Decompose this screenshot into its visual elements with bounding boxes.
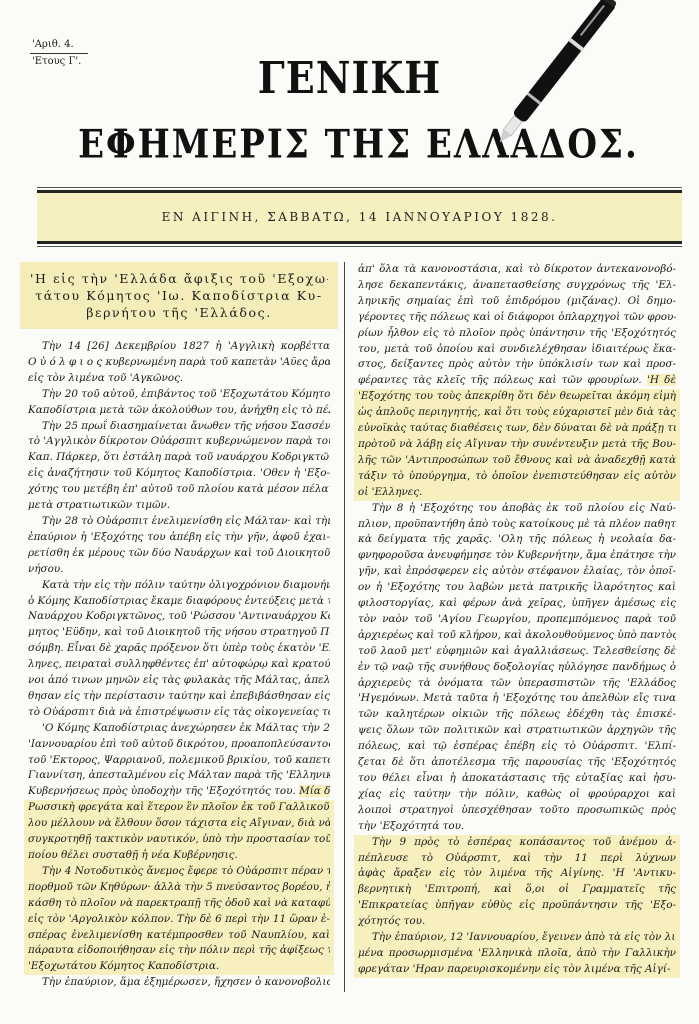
text-line: μητος 'Εϋδην, καὶ τοῦ Διοικητοῦ τῆς νήσο… (28, 625, 330, 641)
text-line: Τὴν 14 [26] Δεκεμβρίου 1827 ἡ 'Αγγλικὴ κ… (28, 339, 330, 355)
text-line: μένα προσωρμισμένα 'Ελληνικὰ πλοῖα, ἀπὸ … (358, 946, 676, 962)
text-segment: Κυβερνήσεως πρὸς ὑποδοχὴν τῆς 'Εξοχότητό… (28, 785, 296, 797)
paragraph: ἀπ' ὅλα τὰ κανονοστάσια, καὶ τὸ δίκροτον… (358, 262, 676, 389)
text-line: ὁ Κόμης Καποδίστριας ἔκαμε διαφόρους ἐντ… (28, 594, 330, 610)
text-line: νήσου. (28, 562, 330, 578)
text-line: γέροντες τῆς πόλεως καὶ οἱ διάφοροι ὁπλα… (358, 310, 676, 326)
text-line: Κατὰ τὴν εἰς τὴν πόλιν ταύτην ὀλιγοχρόνι… (28, 578, 330, 594)
text-line: Ο ὐ ό λ φ ι ο ς κυβερνωμένη παρὰ τοῦ καπ… (28, 355, 330, 371)
text-line: συγκροτηθῇ τακτικὸν ναυτικόν, ὑπὸ τὴν πρ… (28, 832, 330, 848)
text-line: γῆν, καὶ ἐπρόσφερεν εἰς αὐτὸν στέφανον ἐ… (358, 564, 676, 580)
paragraph: Τὴν 28 τὸ Οὐάρσπιτ ἐνελιμενίσθη εἰς Μάλτ… (28, 514, 330, 578)
text-line: Κυβερνήσεως πρὸς ὑποδοχὴν τῆς 'Εξοχότητό… (28, 784, 330, 800)
text-segment: φέραντες τὰς κλεῖς τῆς πόλεως καὶ τῶν φρ… (358, 374, 642, 386)
text-line: χότητός του. (358, 914, 676, 930)
paragraph: Τὴν 20 τοῦ αὐτοῦ, ἐπιβάντος τοῦ 'Εξοχωτά… (28, 387, 330, 419)
text-line: τάξιν τὸ ὑπούργημα, τὸ ὁποῖον ἐνεπιστεύθ… (358, 469, 676, 485)
text-line: του, μετὰ τοῦ ὁποίου καὶ συνδιελέχθησαν … (358, 342, 676, 358)
text-line: ὡς ἁπλοῦς περιηγητής, καὶ ὅτι τοὺς εὐχαρ… (358, 405, 676, 421)
text-line: τὸν ναὸν τοῦ 'Αγίου Γεωργίου, προπεμπόμε… (358, 612, 676, 628)
text-line: Τὴν 8 ἡ 'Εξοχότης του ἀποβὰς ἐκ τοῦ πλοί… (358, 501, 676, 517)
text-line: οἱ 'Ελληνες. (358, 485, 676, 501)
text-line: κὰ δείγματα τῆς χαρᾶς. 'Ολη τῆς πόλεως ἡ… (358, 532, 676, 548)
text-line: χίας εἰς ταύτην τὴν πόλιν, καθὼς οἱ φρού… (358, 787, 676, 803)
dateline-banner: ΕΝ ΑΙΓΙΝΗ, ΣΑΒΒΑΤΩ, 14 ΙΑΝΝΟΥΑΡΙΟΥ 1828. (37, 190, 682, 244)
text-line: 'Ο Κόμης Καποδίστριας ἀνεχώρησεν ἐκ Μάλτ… (28, 721, 330, 737)
text-line: Τὴν ἐπαύριον, 12 'Ιαννουαρίου, ἔγεινεν ἀ… (358, 930, 676, 946)
text-line: λῆς τῶν 'Αντιπροσώπων τοῦ ἔθνους καὶ νὰ … (358, 453, 676, 469)
text-line: φέραντες τὰς κλεῖς τῆς πόλεως καὶ τῶν φρ… (358, 373, 676, 389)
left-column: 'Η εἰς τὴν 'Ελλάδα ἄφιξις τοῦ 'Εξοχω- τά… (28, 262, 330, 991)
text-line: πορθμοῦ τῶν Κηθύρων· ἀλλὰ τὴν 5 πνεύσαντ… (28, 880, 330, 896)
text-line: σόμβη. Εἶναι δὲ χαρᾶς πρόξενον ὅτι ὑπὲρ … (28, 641, 330, 657)
highlighted-segment: Μία δὲ (299, 785, 330, 797)
text-line: ρίων ἦλθον εἰς τὸ πλοῖον πρὸς ὑπάντησιν … (358, 326, 676, 342)
text-line: φνηφοροῦσα ἀνευφήμησε τὸν Κυβερνήτην, ἅμ… (358, 548, 676, 564)
text-line: του θέλει εἶναι ἡ ἀποκατάστασις τῆς εὐτα… (358, 771, 676, 787)
text-line: εἰς τὸν 'Αργολικὸν κόλπον. Τὴν δὲ 6 περὶ… (28, 912, 330, 928)
text-line: εἰς τὸν λιμένα τοῦ 'Αγκῶνος. (28, 371, 330, 387)
text-line: 'Εξοχότης του τοὺς ἀπεκρίθη ὅτι δὲν θεωρ… (358, 389, 676, 405)
paragraph: Τὴν ἐπαύριον, ἅμα ἐξημέρωσεν, ἤχησεν ὁ κ… (28, 975, 330, 991)
text-line: χότης του μετέβη ἐπ' αὐτοῦ τοῦ πλοίου κα… (28, 482, 330, 498)
paragraph: Τὴν 14 [26] Δεκεμβρίου 1827 ἡ 'Αγγλικὴ κ… (28, 339, 330, 387)
text-line: λησε δεκαπεντάκις, ἀναπετασθείσης συγχρό… (358, 278, 676, 294)
text-line: Τὴν 20 τοῦ αὐτοῦ, ἐπιβάντος τοῦ 'Εξοχωτά… (28, 387, 330, 403)
text-line: πρὸτοῦ νὰ λάβῃ εἰς Αἴγιναν τὴν συνέντευξ… (358, 437, 676, 453)
paragraph: Τὴν 8 ἡ 'Εξοχότης του ἀποβὰς ἐκ τοῦ πλοί… (358, 501, 676, 835)
text-line: ἀρχιερέως καὶ τοῦ κλήρου, καὶ ἀκολουθούμ… (358, 628, 676, 644)
headline-line: βερνήτου τῆς 'Ελλάδος. (30, 304, 328, 321)
masthead-title-line2: ΕΦΗΜΕΡΙΣ ΤΗΣ ΕΛΛΑΔΟΣ. (0, 125, 699, 165)
text-line: φρεγάταν 'Ηραν παρευρισκομένην εἰς τὸν λ… (358, 962, 676, 978)
highlighted-passage: 'Εξοχότης του τοὺς ἀπεκρίθη ὅτι δὲν θεωρ… (354, 389, 680, 500)
paragraph: Τὴν ἐπαύριον, 12 'Ιαννουαρίου, ἔγεινεν ἀ… (358, 930, 676, 978)
text-line: πέπλευσε τὸ Οὐάρσπιτ, καὶ τὴν 11 περὶ λύ… (358, 851, 676, 867)
title-text-2: ΕΦΗΜΕΡΙΣ ΤΗΣ ΕΛΛΑΔΟΣ. (78, 122, 639, 168)
right-column: ἀπ' ὅλα τὰ κανονοστάσια, καὶ τὸ δίκροτον… (358, 262, 676, 978)
highlighted-segment: 'Η δὲ (647, 374, 676, 386)
text-line: τὴν 'Εξοχότητά του. (358, 819, 676, 835)
text-line: τοῦ 'Εκτορος, Ψαρριανοῦ, πολεμικοῦ βρικί… (28, 753, 330, 769)
text-line: λου μέλλουν νὰ ἔλθουν ὅσον τάχιστα εἰς Α… (28, 816, 330, 832)
text-line: Καποδίστρια μετὰ τῶν ἀκολούθων του, ἀνήχ… (28, 403, 330, 419)
text-line: ον ἡ 'Εξοχότης του λαβὼν μετὰ πατρικῆς ἱ… (358, 580, 676, 596)
text-line: πλιον, προϋπαντήθη ἀπὸ τοὺς κατοίκους μὲ… (358, 517, 676, 533)
text-line: ἀρχιερεὺς τὰ ὀνόματα τῶν ὑπερασπιστῶν τῆ… (358, 676, 676, 692)
text-line: Γιαννίτση, ἀπεσταλμένου εἰς Μάλταν παρὰ … (28, 768, 330, 784)
highlighted-passage: Τὴν 9 πρὸς τὸ ἑσπέρας κοπάσαντος τοῦ ἀνέ… (354, 835, 680, 978)
text-line: μετὰ στρατιωτικῶν τιμῶν. (28, 498, 330, 514)
text-line: ποίου θέλει συσταθῇ ἡ νέα Κυβέρνησις. (28, 848, 330, 864)
text-line: τὸ Οὐάρσπιτ διὰ νὰ ἐπιστρέψωσιν εἰς τὰς … (28, 705, 330, 721)
text-line: τῶν καλητέρων οἰκιῶν τῆς πόλεως ἐδέχθη τ… (358, 707, 676, 723)
text-line: 'Ιαννουαρίου ἐπὶ τοῦ αὐτοῦ δικρότου, προ… (28, 737, 330, 753)
text-line: ρετίσθη ἐκ μέρους τῶν δύο Ναυάρχων καὶ τ… (28, 546, 330, 562)
paragraph: Τὴν 4 Νοτοδυτικὸς ἄνεμος ἔφερε τὸ Οὐάρσπ… (28, 864, 330, 975)
text-line: πόλεως, καὶ τῷ ἑσπέρας ἐπέβη εἰς τὸ Οὐάρ… (358, 739, 676, 755)
text-line: ζεται δὲ ὅτι ἀποτέλεσμα τῆς παρουσίας τῆ… (358, 755, 676, 771)
text-line: φιλοστοργίας, καὶ φέρων ἀνὰ χεῖρας, ὑπῆγ… (358, 596, 676, 612)
issue-divider (30, 53, 88, 54)
article-headline: 'Η εἰς τὴν 'Ελλάδα ἄφιξις τοῦ 'Εξοχω- τά… (20, 262, 338, 329)
text-line: ἀπ' ὅλα τὰ κανονοστάσια, καὶ τὸ δίκροτον… (358, 262, 676, 278)
title-text-1: ΓΕΝΙΚΗ (258, 52, 441, 104)
text-line: ληνες, πειραταὶ συλληφθέντες ἐπ' αὐτοφώρ… (28, 657, 330, 673)
text-line: σπέρας ἐνελιμενίσθη κατέμπροσθεν τοῦ Ναυ… (28, 928, 330, 944)
text-line: Τὴν 28 τὸ Οὐάρσπιτ ἐνελιμενίσθη εἰς Μάλτ… (28, 514, 330, 530)
paragraph: Ρωσσικὴ φρεγάτα καὶ ἕτερον ἓν πλοῖον ἐκ … (28, 800, 330, 864)
text-line: ἐν τῷ ναῷ τῆς συνήθους δοξολογίας ηὐλόγη… (358, 660, 676, 676)
highlighted-passage: Ρωσσικὴ φρεγάτα καὶ ἕτερον ἓν πλοῖον ἐκ … (24, 800, 334, 975)
dateline-text: ΕΝ ΑΙΓΙΝΗ, ΣΑΒΒΑΤΩ, 14 ΙΑΝΝΟΥΑΡΙΟΥ 1828. (37, 193, 682, 241)
text-line: πάραυτα εἰδοποιήθησαν εἰς τὴν πόλιν περὶ… (28, 943, 330, 959)
text-line: ψεις ὅλων τῶν πολιτικῶν καὶ στρατιωτικῶν… (358, 723, 676, 739)
text-line: ἐπαύριον ἡ 'Εξοχότης του ἀπέβη εἰς τὴν γ… (28, 530, 330, 546)
text-line: Τὴν ἐπαύριον, ἅμα ἐξημέρωσεν, ἤχησεν ὁ κ… (28, 975, 330, 991)
text-line: Τὴν 25 πρωΐ διασημαίνεται ἄνωθεν τῆς νήσ… (28, 419, 330, 435)
masthead-title-line1: ΓΕΝΙΚΗ (0, 55, 699, 100)
text-line: 'Επικρατείας ὑπῆγαν εὐθὺς εἰς προϋπάντησ… (358, 898, 676, 914)
text-line: ληνικῆς σημαίας ἐπὶ τοῦ ἐπιδρόμου (μιζάν… (358, 294, 676, 310)
text-line: Τὴν 4 Νοτοδυτικὸς ἄνεμος ἔφερε τὸ Οὐάρσπ… (28, 864, 330, 880)
paragraph: Τὴν 9 πρὸς τὸ ἑσπέρας κοπάσαντος τοῦ ἀνέ… (358, 835, 676, 930)
text-line: βερνητικὴ 'Επιτροπή, καὶ ὅ,οι οἱ Γραμματ… (358, 882, 676, 898)
text-line: Καπ. Πάρκερ, ὅτι ἐστάλη παρὰ τοῦ ναυάρχο… (28, 450, 330, 466)
text-line: εὐνοϊκὰς ταύτας διαθέσεις των, δὲν δύνατ… (358, 421, 676, 437)
text-line: 'Εξοχωτάτου Κόμητος Καποδίστρια. (28, 959, 330, 975)
paragraph: Κατὰ τὴν εἰς τὴν πόλιν ταύτην ὀλιγοχρόνι… (28, 578, 330, 721)
text-line: ἀφὰς ἄραξεν εἰς τὸν λιμένα τῆς Αἰγίνης. … (358, 866, 676, 882)
paragraph: 'Ο Κόμης Καποδίστριας ἀνεχώρησεν ἐκ Μάλτ… (28, 721, 330, 801)
text-line: λοιποὶ στρατηγοὶ ὑπεσχέθησαν τοῦτο προσω… (358, 803, 676, 819)
text-line: νοι ἀπό τινων μηνῶν εἰς τὰς φυλακὰς τῆς … (28, 673, 330, 689)
headline-line: 'Η εἰς τὴν 'Ελλάδα ἄφιξις τοῦ 'Εξοχω- (30, 270, 328, 287)
text-line: θησαν εἰς τὴν περίστασιν ταύτην καὶ ἐπεβ… (28, 689, 330, 705)
text-line: Ρωσσικὴ φρεγάτα καὶ ἕτερον ἓν πλοῖον ἐκ … (28, 800, 330, 816)
text-line: 'Ηγεμόνων. Μετὰ ταῦτα ἡ 'Εξοχότης του ἀπ… (358, 691, 676, 707)
text-line: στος, δείξαντες πρὸς αὐτὸν τὴν ὑπόκλισίν… (358, 357, 676, 373)
text-line: εἰς ἀναζήτησιν τοῦ Κόμητος Καποδίστρια. … (28, 466, 330, 482)
paragraph: Τὴν 25 πρωΐ διασημαίνεται ἄνωθεν τῆς νήσ… (28, 419, 330, 514)
text-line: κάσθη τὸ πλοῖον νὰ παρεκτραπῇ τῆς ὁδοῦ κ… (28, 896, 330, 912)
column-divider (344, 262, 345, 992)
issue-number: 'Αριθ. 4. (30, 38, 90, 51)
text-line: Ναυάρχου Κοδριγκτῶνος, τοῦ 'Ρώσσου 'Αντι… (28, 609, 330, 625)
text-line: τὸ 'Αγγλικὸν δίκροτον Οὐάρσπιτ κυβερνώμε… (28, 434, 330, 450)
text-line: Τὴν 9 πρὸς τὸ ἑσπέρας κοπάσαντος τοῦ ἀνέ… (358, 835, 676, 851)
headline-line: τάτου Κόμητος 'Ιω. Καποδίστρια Κυ- (30, 287, 328, 304)
paragraph: 'Εξοχότης του τοὺς ἀπεκρίθη ὅτι δὲν θεωρ… (358, 389, 676, 500)
text-line: τοῦ λαοῦ μετ' εὐφημιῶν καὶ ἀγαλλιάσεως. … (358, 644, 676, 660)
